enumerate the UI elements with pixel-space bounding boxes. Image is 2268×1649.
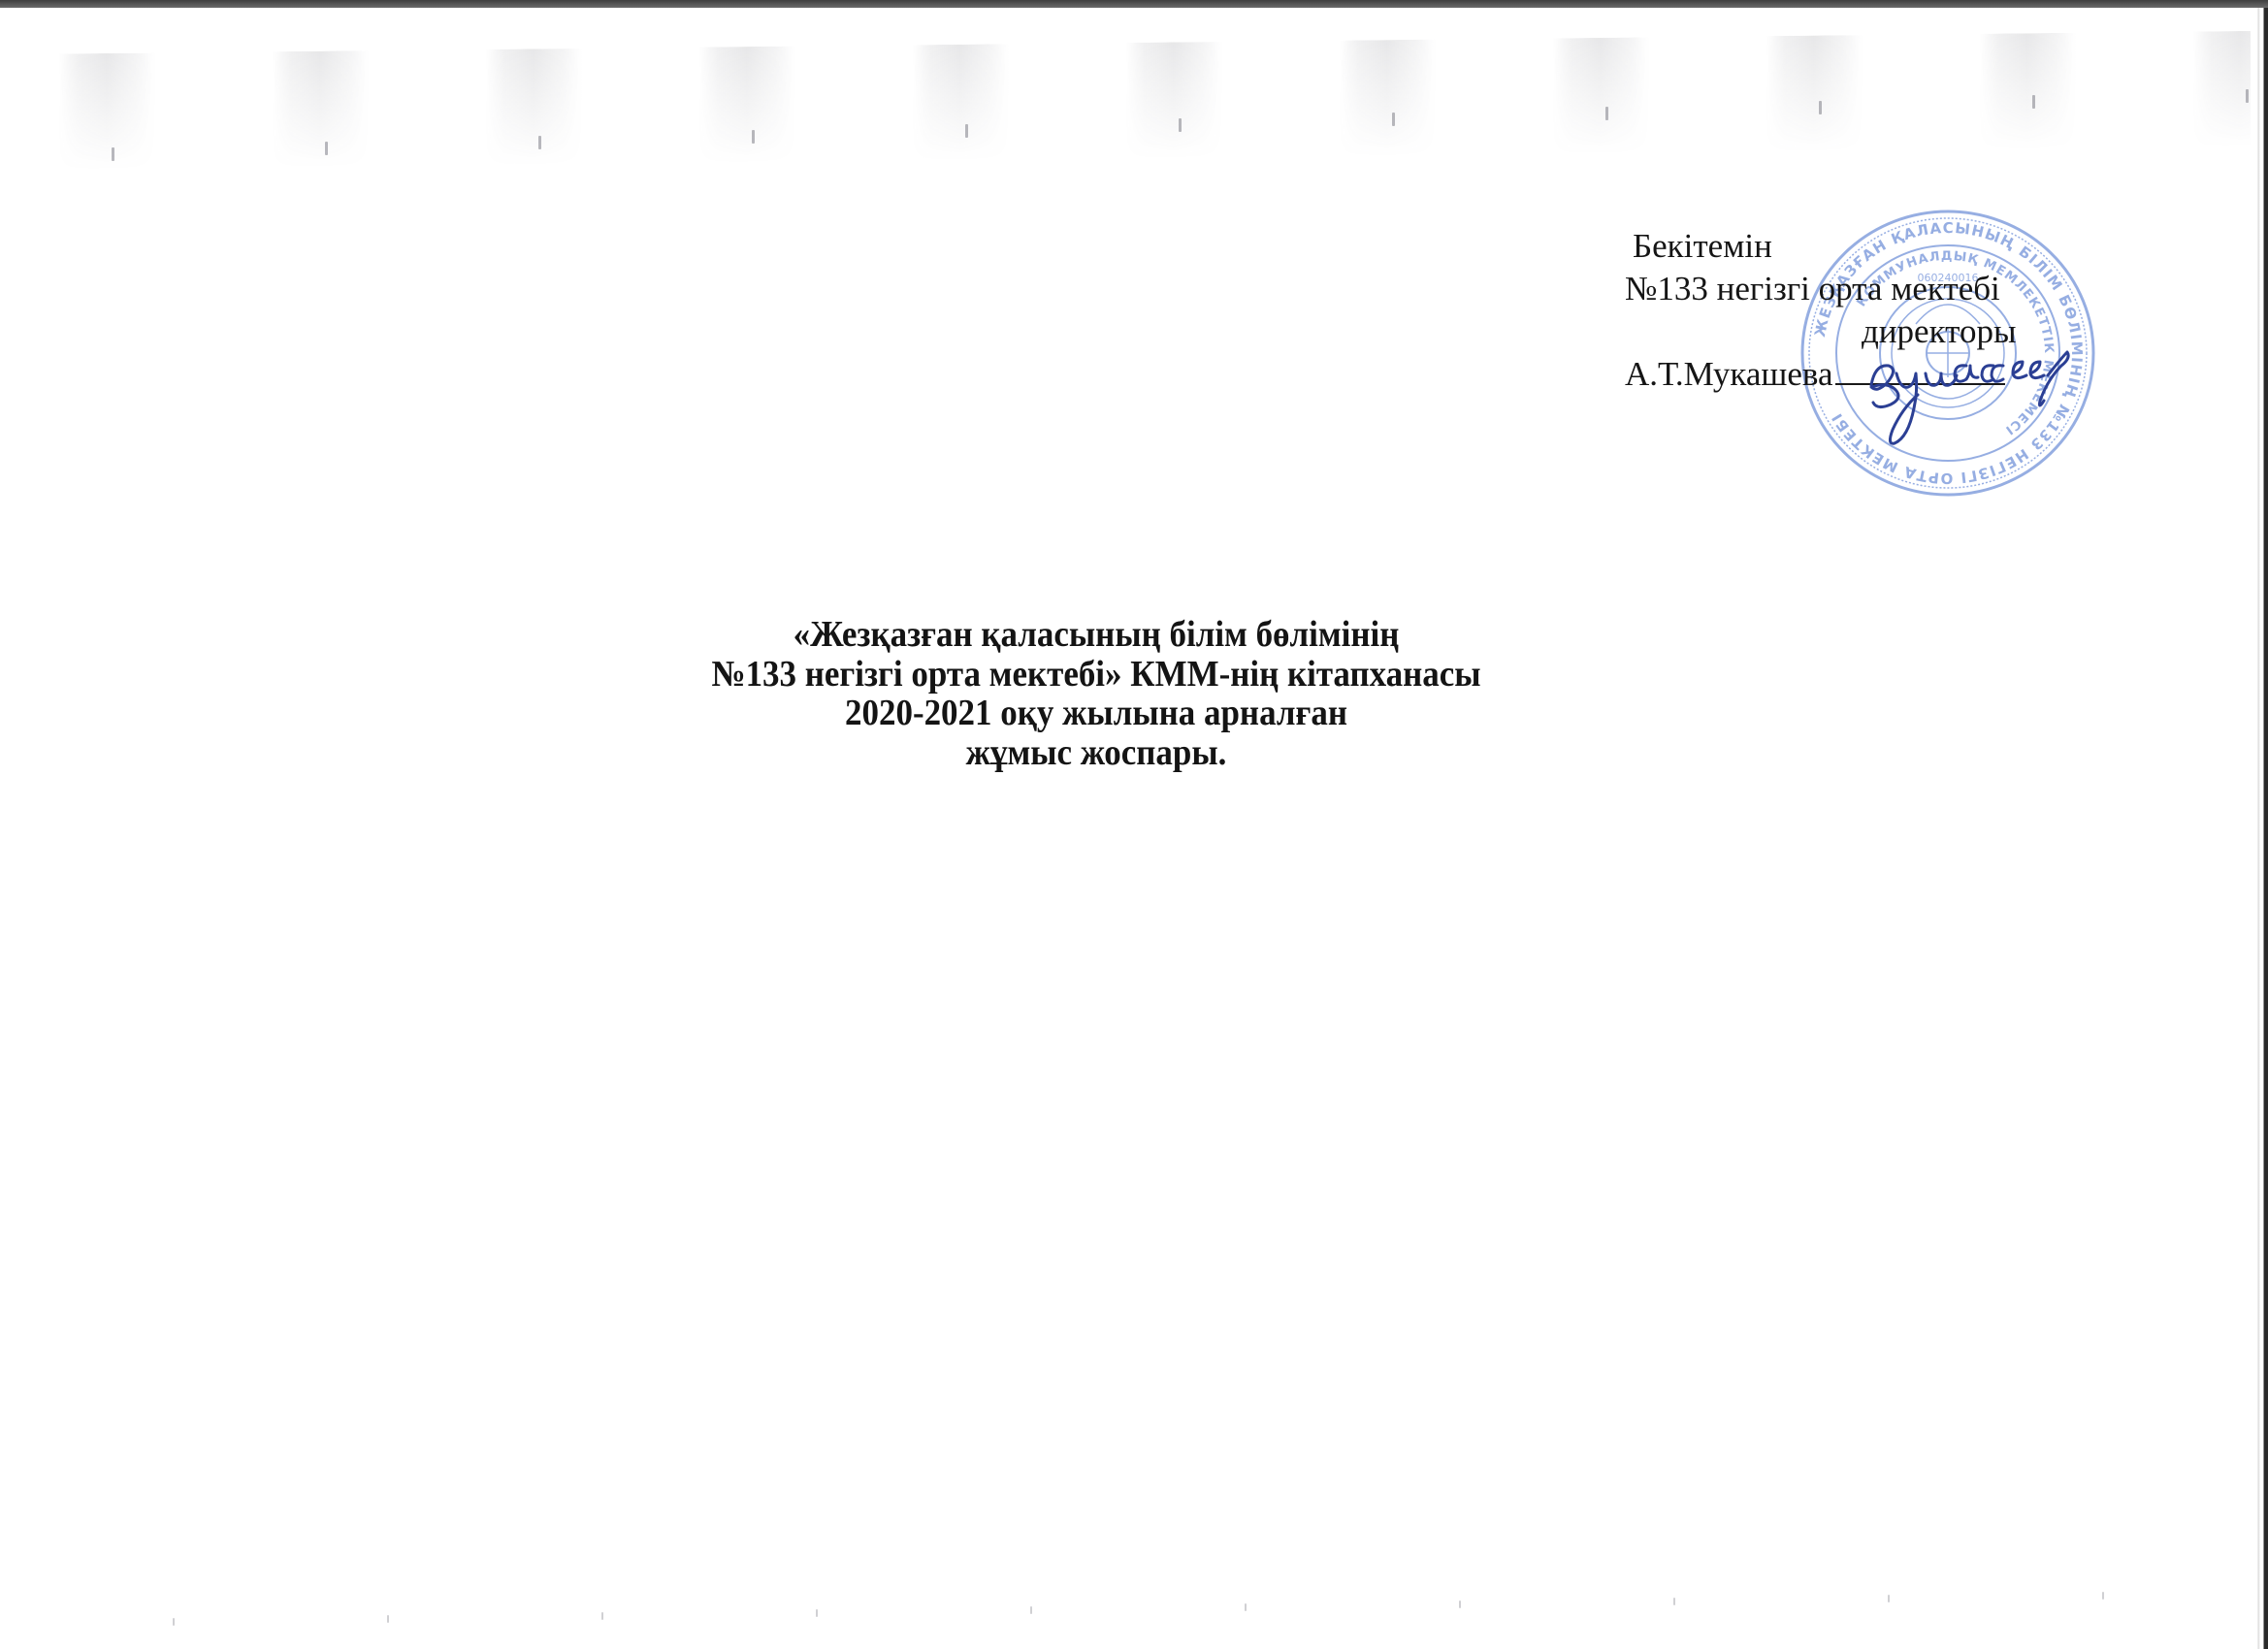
signature-underline bbox=[1835, 354, 2005, 385]
scan-mark bbox=[387, 1615, 389, 1623]
scan-mark bbox=[1245, 1603, 1247, 1611]
scan-mark bbox=[538, 136, 541, 149]
scan-mark bbox=[1605, 107, 1608, 120]
scan-mark bbox=[173, 1618, 175, 1626]
scan-mark bbox=[1673, 1598, 1675, 1605]
scan-mark bbox=[1459, 1600, 1461, 1608]
scan-mark bbox=[1888, 1595, 1890, 1602]
scan-mark bbox=[601, 1612, 603, 1620]
school-name-line: №133 негізгі орта мектебі bbox=[1625, 268, 2052, 310]
title-line-4: жұмыс жоспары. bbox=[87, 733, 2104, 773]
scan-noise-streak bbox=[0, 31, 2251, 171]
scan-right-edge bbox=[2254, 8, 2268, 1649]
scan-top-border bbox=[0, 0, 2268, 8]
scan-mark bbox=[1819, 101, 1822, 114]
scan-mark bbox=[112, 147, 114, 161]
approval-block: Бекітемін №133 негізгі орта мектебі дире… bbox=[1625, 225, 2052, 396]
scan-mark bbox=[2246, 89, 2249, 103]
scan-mark bbox=[965, 124, 968, 138]
title-line-2: №133 негізгі орта мектебі» КММ-нің кітап… bbox=[87, 655, 2104, 695]
scan-mark bbox=[1030, 1606, 1032, 1614]
scan-mark bbox=[816, 1609, 818, 1617]
scan-mark bbox=[325, 142, 328, 155]
title-line-1: «Жезқазған қаласының білім бөлімінің bbox=[87, 615, 2104, 655]
scan-mark bbox=[752, 130, 755, 144]
approved-label: Бекітемін bbox=[1625, 225, 2052, 268]
title-line-3: 2020-2021 оқу жылына арналған bbox=[87, 694, 2104, 733]
document-title: «Жезқазған қаласының білім бөлімінің №13… bbox=[0, 615, 2192, 772]
director-position: директоры bbox=[1625, 310, 2052, 353]
scan-mark bbox=[2032, 95, 2035, 109]
scan-mark bbox=[1392, 113, 1395, 126]
director-signature-line: А.Т.Мукашева bbox=[1625, 353, 2052, 396]
director-name: А.Т.Мукашева bbox=[1625, 355, 1833, 393]
scan-mark bbox=[1179, 118, 1182, 132]
scan-mark bbox=[2102, 1592, 2104, 1600]
